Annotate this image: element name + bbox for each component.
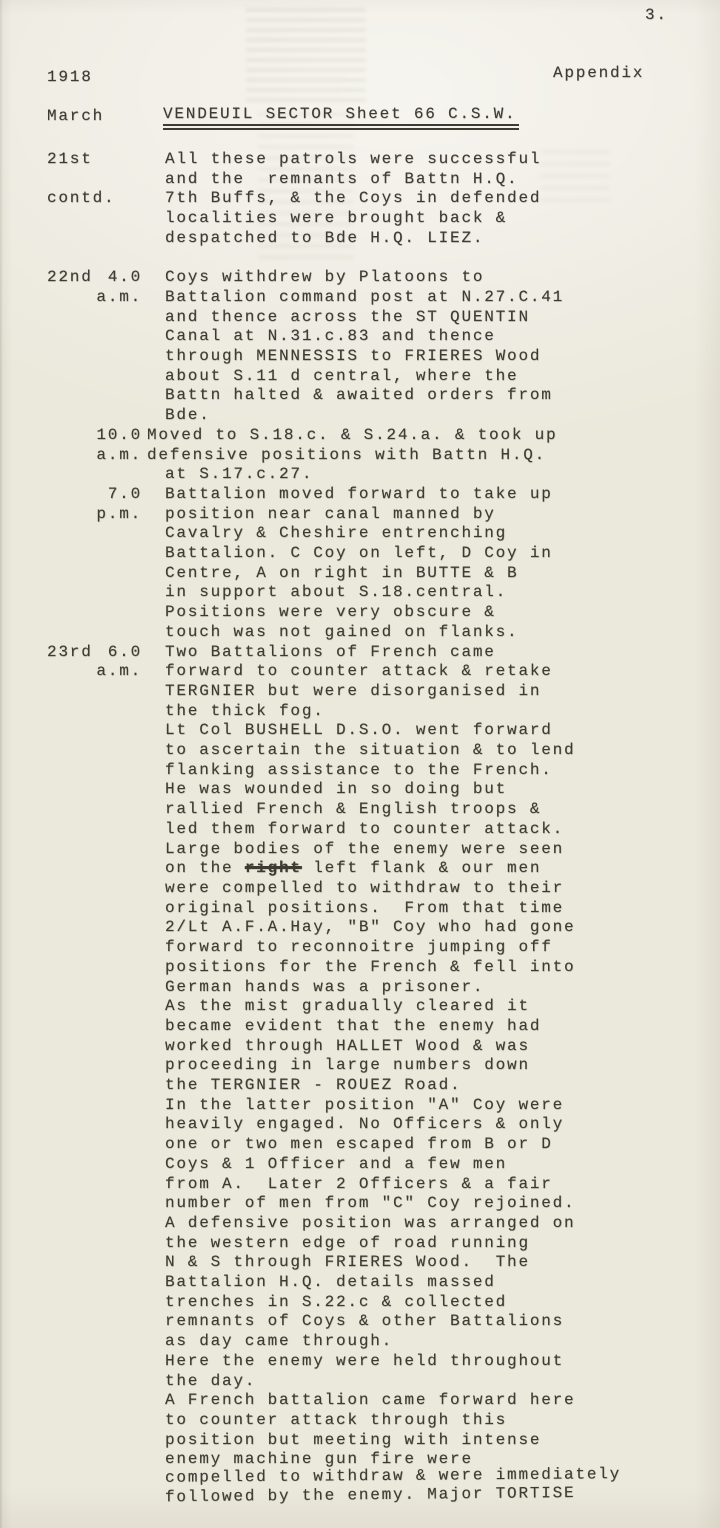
diary-line: flanking assistance to the French. — [0, 761, 720, 781]
month-label: March — [47, 107, 104, 125]
time-label: p.m. — [58, 505, 142, 525]
diary-line: to ascertain the situation & to lend — [0, 741, 720, 761]
diary-line: TERGNIER but were disorganised in — [0, 682, 720, 702]
time-label: 10.0 — [58, 426, 142, 446]
diary-line: remnants of Coys & other Battalions — [0, 1312, 720, 1332]
entry-text: at S.17.c.27. — [165, 465, 313, 483]
date-label: contd. — [47, 189, 115, 209]
time-label: 4.0 — [58, 268, 142, 288]
struck-word: right — [245, 859, 302, 877]
entry-text: to ascertain the situation & to lend — [165, 741, 575, 759]
entry-text: Battalion moved forward to take up — [165, 485, 553, 503]
entry-text: the day. — [165, 1372, 256, 1390]
diary-line: worked through HALLET Wood & was — [0, 1037, 720, 1057]
entry-text: the TERGNIER - ROUEZ Road. — [165, 1076, 461, 1094]
entry-text: German hands was a prisoner. — [165, 978, 484, 996]
entry-text: forward to reconnoitre jumping off — [165, 938, 553, 956]
diary-line: became evident that the enemy had — [0, 1017, 720, 1037]
diary-line: A defensive position was arranged on — [0, 1214, 720, 1234]
diary-line: forward to reconnoitre jumping off — [0, 938, 720, 958]
diary-line: were compelled to withdraw to their — [0, 879, 720, 899]
entry-text: forward to counter attack & retake — [165, 662, 553, 680]
diary-line: and thence across the ST QUENTIN — [0, 308, 720, 328]
diary-line: 7.0Battalion moved forward to take up — [0, 485, 720, 505]
diary-line: the day. — [0, 1372, 720, 1392]
entry-text: Coys withdrew by Platoons to — [165, 268, 484, 286]
entry-text: flanking assistance to the French. — [165, 761, 553, 779]
diary-line: Coys & 1 Officer and a few men — [0, 1155, 720, 1175]
entry-text: remnants of Coys & other Battalions — [165, 1312, 564, 1330]
diary-line: original positions. From that time — [0, 899, 720, 919]
entry-text: Battn halted & awaited orders from — [165, 386, 553, 404]
entry-text: He was wounded in so doing but — [165, 780, 507, 798]
entry-text: and the remnants of Battn H.Q. — [165, 170, 518, 188]
diary-line: rallied French & English troops & — [0, 800, 720, 820]
diary-line: from A. Later 2 Officers & a fair — [0, 1175, 720, 1195]
section-heading-text: VENDEUIL SECTOR Sheet 66 C.S.W. — [163, 105, 519, 130]
entry-text: Two Battalions of French came — [165, 643, 496, 661]
entry-text: about S.11 d central, where the — [165, 367, 518, 385]
entry-text: one or two men escaped from B or D — [165, 1135, 553, 1153]
entry-text: defensive positions with Battn H.Q. — [147, 446, 546, 464]
diary-line: Battn halted & awaited orders from — [0, 386, 720, 406]
entry-text: Battalion command post at N.27.C.41 — [165, 288, 564, 306]
diary-line: trenches in S.22.c & collected — [0, 1293, 720, 1313]
entry-text: followed by the enemy. Major TORTISE — [165, 1484, 576, 1506]
diary-line: German hands was a prisoner. — [0, 978, 720, 998]
date-label: 21st — [47, 150, 93, 170]
diary-line: 22nd4.0Coys withdrew by Platoons to — [0, 268, 720, 288]
time-label: a.m. — [58, 446, 142, 466]
entry-text: through MENNESSIS to FRIERES Wood — [165, 347, 541, 365]
year-label: 1918 — [47, 68, 93, 86]
entry-text: the western edge of road running — [165, 1234, 530, 1252]
appendix-label: Appendix — [553, 64, 644, 82]
time-label: 7.0 — [58, 485, 142, 505]
diary-line: He was wounded in so doing but — [0, 780, 720, 800]
entry-text: N & S through FRIERES Wood. The — [165, 1253, 530, 1271]
diary-line: Cavalry & Cheshire entrenching — [0, 524, 720, 544]
diary-line: the western edge of road running — [0, 1234, 720, 1254]
entry-text: Here the enemy were held throughout — [165, 1352, 564, 1370]
diary-line: p.m.position near canal manned by — [0, 505, 720, 525]
diary-line: as day came through. — [0, 1332, 720, 1352]
diary-line: As the mist gradually cleared it — [0, 997, 720, 1017]
entry-text: despatched to Bde H.Q. LIEZ. — [165, 229, 484, 247]
diary-line: positions for the French & fell into — [0, 958, 720, 978]
diary-line: 23rd6.0Two Battalions of French came — [0, 643, 720, 663]
time-label: a.m. — [58, 288, 142, 308]
diary-line: Lt Col BUSHELL D.S.O. went forward — [0, 721, 720, 741]
entry-text: trenches in S.22.c & collected — [165, 1293, 507, 1311]
entry-text: Centre, A on right in BUTTE & B — [165, 564, 518, 582]
diary-line: Here the enemy were held throughout — [0, 1352, 720, 1372]
entry-text: Canal at N.31.c.83 and thence — [165, 327, 496, 345]
diary-line: through MENNESSIS to FRIERES Wood — [0, 347, 720, 367]
entry-text: the thick fog. — [165, 702, 325, 720]
entry-text: heavily engaged. No Officers & only — [165, 1115, 564, 1133]
entry-text: rallied French & English troops & — [165, 800, 541, 818]
entry-text: 7th Buffs, & the Coys in defended — [165, 189, 541, 207]
ink-showthrough — [246, 8, 366, 104]
diary-line: 2/Lt A.F.A.Hay, "B" Coy who had gone — [0, 918, 720, 938]
entry-text: A defensive position was arranged on — [165, 1214, 575, 1232]
entry-text: number of men from "C" Coy rejoined. — [165, 1194, 575, 1212]
entry-text: Battalion. C Coy on left, D Coy in — [165, 544, 553, 562]
diary-line: heavily engaged. No Officers & only — [0, 1115, 720, 1135]
entry-text: on the — [165, 859, 245, 877]
diary-line: 21stAll these patrols were successful — [0, 150, 720, 170]
diary-line: at S.17.c.27. — [0, 465, 720, 485]
entry-text: became evident that the enemy had — [165, 1017, 541, 1035]
page-number: 3. — [645, 6, 668, 24]
diary-line: Centre, A on right in BUTTE & B — [0, 564, 720, 584]
diary-line: touch was not gained on flanks. — [0, 623, 720, 643]
entry-text: positions for the French & fell into — [165, 958, 575, 976]
diary-line: Large bodies of the enemy were seen — [0, 840, 720, 860]
section-heading: VENDEUIL SECTOR Sheet 66 C.S.W. — [163, 105, 519, 130]
diary-line: localities were brought back & — [0, 209, 720, 229]
diary-line: In the latter position "A" Coy were — [0, 1096, 720, 1116]
document-page: 3. 1918 Appendix March VENDEUIL SECTOR S… — [0, 0, 720, 1528]
diary-line: Canal at N.31.c.83 and thence — [0, 327, 720, 347]
diary-line: proceeding in large numbers down — [0, 1056, 720, 1076]
entry-text: Lt Col BUSHELL D.S.O. went forward — [165, 721, 553, 739]
entry-text: led them forward to counter attack. — [165, 820, 564, 838]
diary-line: and the remnants of Battn H.Q. — [0, 170, 720, 190]
diary-line: N & S through FRIERES Wood. The — [0, 1253, 720, 1273]
diary-line: position but meeting with intense — [0, 1431, 720, 1451]
diary-line: a.m.Battalion command post at N.27.C.41 — [0, 288, 720, 308]
entry-text: 2/Lt A.F.A.Hay, "B" Coy who had gone — [165, 918, 575, 936]
entry-text: position near canal manned by — [165, 505, 496, 523]
diary-line: despatched to Bde H.Q. LIEZ. — [0, 229, 720, 249]
entry-text: were compelled to withdraw to their — [165, 879, 564, 897]
entry-text: All these patrols were successful — [165, 150, 541, 168]
entry-text: Battalion H.Q. details massed — [165, 1273, 496, 1291]
entry-text: Large bodies of the enemy were seen — [165, 840, 564, 858]
entry-text: In the latter position "A" Coy were — [165, 1096, 564, 1114]
entry-text: original positions. From that time — [165, 899, 564, 917]
entry-text: in support about S.18.central. — [165, 583, 507, 601]
entry-text: proceeding in large numbers down — [165, 1056, 530, 1074]
diary-line: the TERGNIER - ROUEZ Road. — [0, 1076, 720, 1096]
diary-line: about S.11 d central, where the — [0, 367, 720, 387]
entry-text: from A. Later 2 Officers & a fair — [165, 1175, 553, 1193]
time-label: a.m. — [58, 662, 142, 682]
entry-text: as day came through. — [165, 1332, 393, 1350]
entry-text: to counter attack through this — [165, 1411, 507, 1429]
entry-text: Moved to S.18.c. & S.24.a. & took up — [147, 426, 557, 444]
diary-entries: 21stAll these patrols were successfuland… — [0, 150, 720, 1510]
diary-line: to counter attack through this — [0, 1411, 720, 1431]
diary-line: contd.7th Buffs, & the Coys in defended — [0, 189, 720, 209]
diary-line: one or two men escaped from B or D — [0, 1135, 720, 1155]
entry-text: As the mist gradually cleared it — [165, 997, 530, 1015]
diary-line: the thick fog. — [0, 702, 720, 722]
diary-line: Battalion H.Q. details massed — [0, 1273, 720, 1293]
entry-text: localities were brought back & — [165, 209, 507, 227]
diary-line: number of men from "C" Coy rejoined. — [0, 1194, 720, 1214]
diary-line: Battalion. C Coy on left, D Coy in — [0, 544, 720, 564]
entry-text: Coys & 1 Officer and a few men — [165, 1155, 507, 1173]
entry-text: touch was not gained on flanks. — [165, 623, 518, 641]
diary-line: 10.0Moved to S.18.c. & S.24.a. & took up — [0, 426, 720, 446]
entry-text: Positions were very obscure & — [165, 603, 496, 621]
time-label: 6.0 — [58, 643, 142, 663]
entry-text: position but meeting with intense — [165, 1431, 541, 1449]
entry-text: A French battalion came forward here — [165, 1391, 575, 1409]
entry-text: TERGNIER but were disorganised in — [165, 682, 541, 700]
diary-line: a.m.forward to counter attack & retake — [0, 662, 720, 682]
entry-text: Cavalry & Cheshire entrenching — [165, 524, 507, 542]
diary-line: on the right left flank & our men — [0, 859, 720, 879]
entry-text: Bde. — [165, 406, 211, 424]
entry-text: left flank & our men — [302, 859, 541, 877]
diary-line: A French battalion came forward here — [0, 1391, 720, 1411]
entry-text: worked through HALLET Wood & was — [165, 1037, 530, 1055]
entry-text: and thence across the ST QUENTIN — [165, 308, 530, 326]
diary-line: in support about S.18.central. — [0, 583, 720, 603]
diary-line: led them forward to counter attack. — [0, 820, 720, 840]
diary-line: Positions were very obscure & — [0, 603, 720, 623]
diary-line: Bde. — [0, 406, 720, 426]
diary-line: a.m.defensive positions with Battn H.Q. — [0, 446, 720, 466]
